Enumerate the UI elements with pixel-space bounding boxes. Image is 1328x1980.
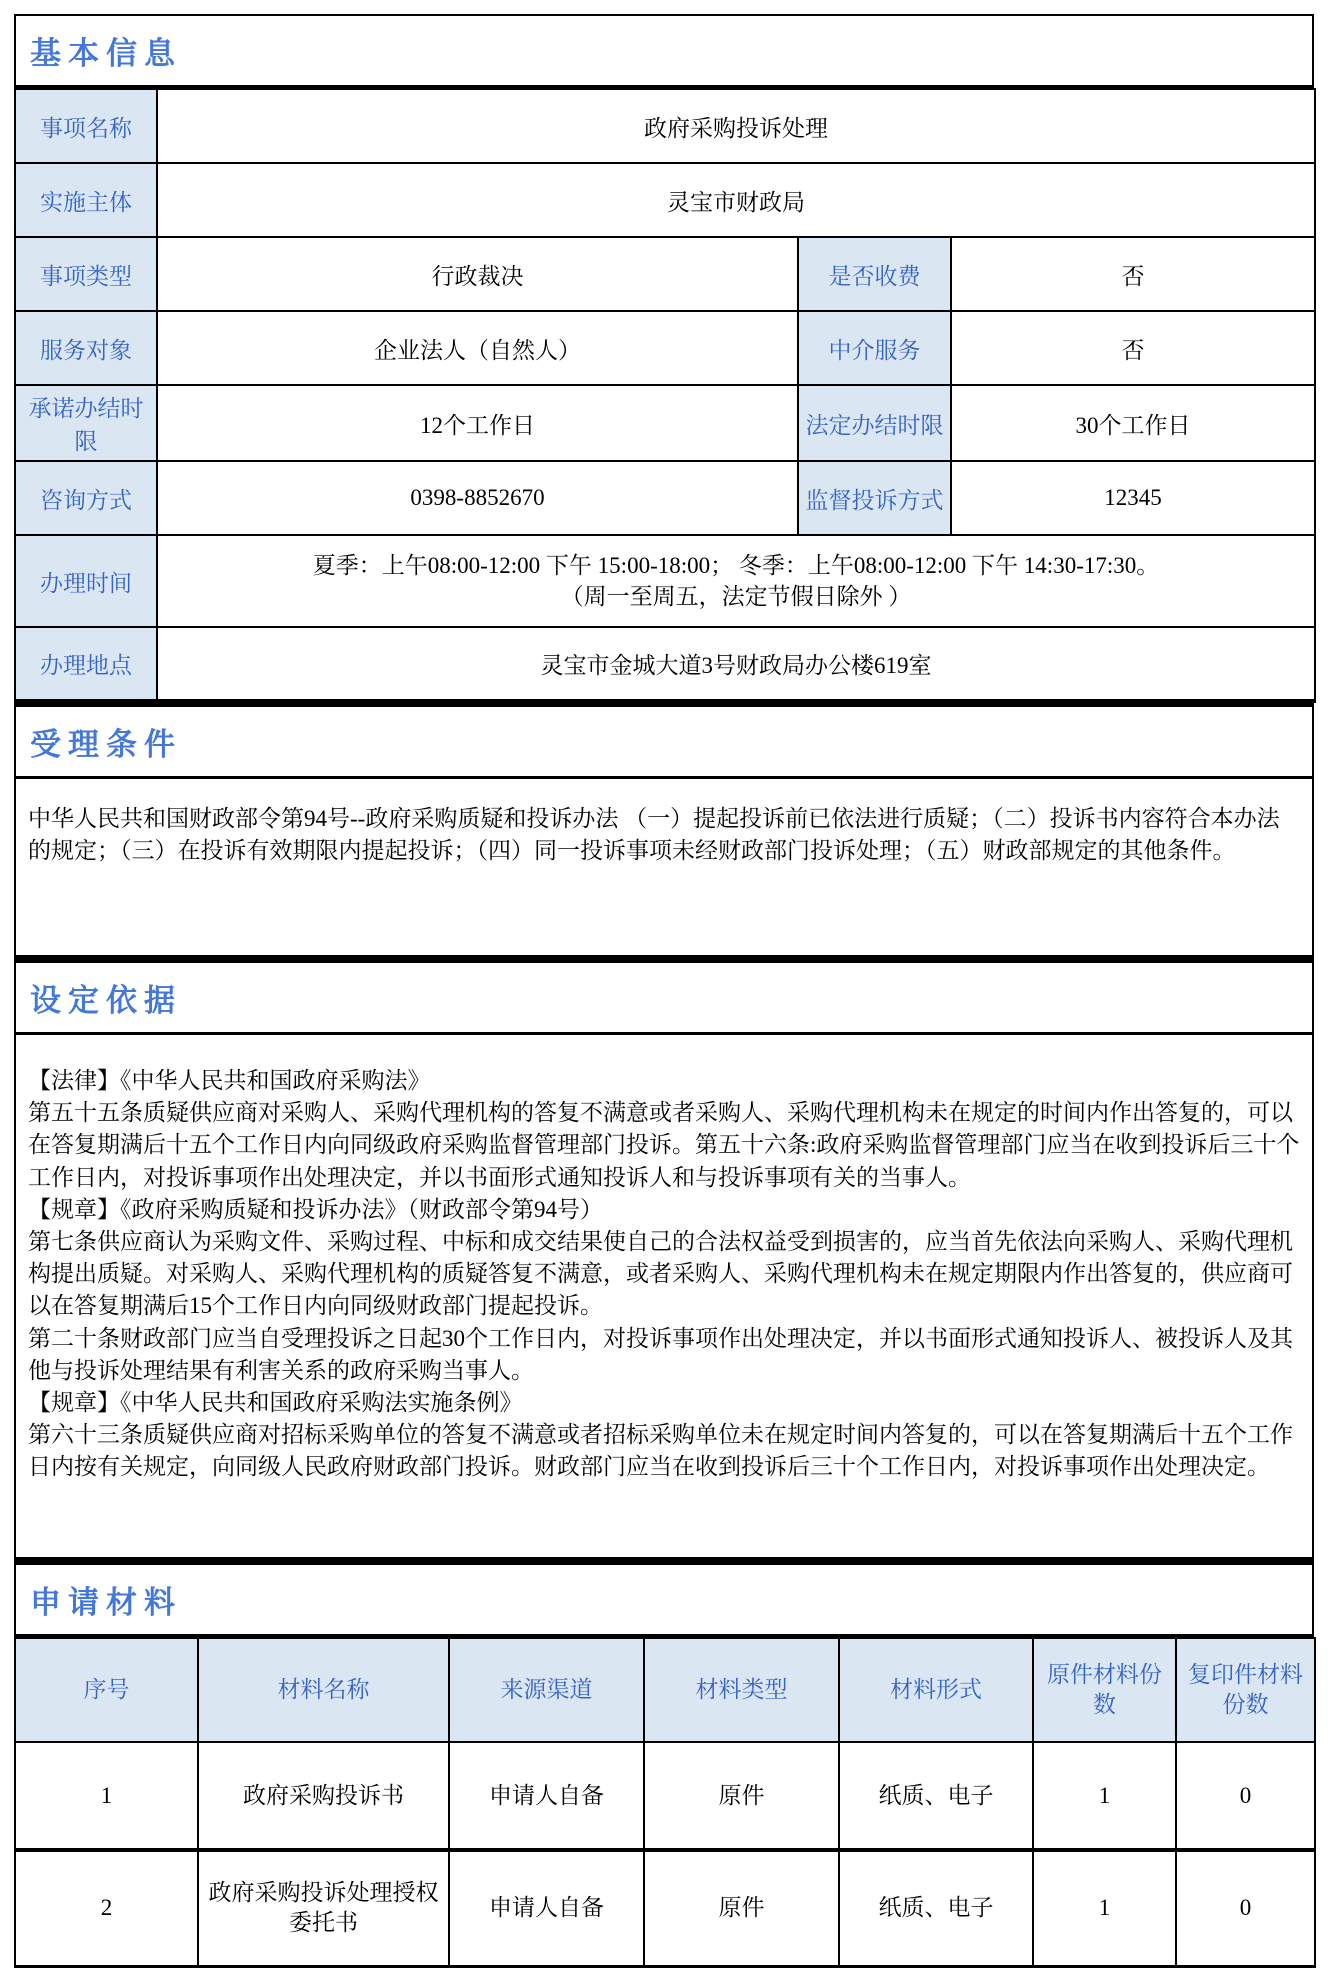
- office-place-label-cell: 办理地点: [15, 627, 157, 701]
- item-name-label-cell: 事项名称: [15, 89, 157, 163]
- header-material-type-cell: 材料类型: [644, 1638, 839, 1742]
- basis-content: 【法律】《中华人民共和国政府采购法》 第五十五条质疑供应商对采购人、采购代理机构…: [14, 1035, 1314, 1561]
- cell-source: 申请人自备: [449, 1742, 644, 1850]
- cell-material-type: 原件: [644, 1850, 839, 1966]
- basis-paragraph: 第二十条财政部门应当自受理投诉之日起30个工作日内，对投诉事项作出处理决定，并以…: [28, 1323, 1300, 1387]
- supervise-value-cell: 12345: [951, 461, 1315, 535]
- cell-photocopy-copies: 0: [1176, 1850, 1315, 1966]
- row-item-name: 事项名称 政府采购投诉处理: [15, 89, 1315, 163]
- cell-material-type: 原件: [644, 1742, 839, 1850]
- basic-info-title-text: 基本信息: [30, 28, 182, 73]
- section-materials-title: 申请材料: [14, 1561, 1314, 1637]
- acceptance-title-text: 受理条件: [30, 719, 182, 764]
- cell-original-copies: 1: [1033, 1742, 1176, 1850]
- service-item-document: 基本信息 事项名称 政府采购投诉处理 实施主体 灵宝市财政局 事项类型 行政裁决…: [14, 14, 1314, 1968]
- agency-service-label-cell: 中介服务: [798, 311, 951, 385]
- acceptance-content: 中华人民共和国财政部令第94号--政府采购质疑和投诉办法 （一）提起投诉前已依法…: [14, 779, 1314, 959]
- section-acceptance-title: 受理条件: [14, 703, 1314, 779]
- basis-paragraph: 【规章】《政府采购质疑和投诉办法》（财政部令第94号）: [28, 1194, 1300, 1226]
- header-material-form-cell: 材料形式: [839, 1638, 1033, 1742]
- promised-limit-value-cell: 12个工作日: [157, 385, 798, 461]
- implementer-value-cell: 灵宝市财政局: [157, 163, 1315, 237]
- cell-material-name: 政府采购投诉处理授权委托书: [198, 1850, 449, 1966]
- acceptance-content-text: 中华人民共和国财政部令第94号--政府采购质疑和投诉办法 （一）提起投诉前已依法…: [28, 803, 1300, 867]
- cell-original-copies: 1: [1033, 1850, 1176, 1966]
- office-time-value-cell: 夏季：上午08:00-12:00 下午 15:00-18:00； 冬季：上午08…: [157, 535, 1315, 627]
- header-source-cell: 来源渠道: [449, 1638, 644, 1742]
- cell-seq: 2: [15, 1850, 198, 1966]
- supervise-label-cell: 监督投诉方式: [798, 461, 951, 535]
- service-target-label-cell: 服务对象: [15, 311, 157, 385]
- cell-seq: 1: [15, 1742, 198, 1850]
- row-contact: 咨询方式 0398-8852670 监督投诉方式 12345: [15, 461, 1315, 535]
- row-office-place: 办理地点 灵宝市金城大道3号财政局办公楼619室: [15, 627, 1315, 701]
- cell-material-form: 纸质、电子: [839, 1742, 1033, 1850]
- basis-paragraph: 第六十三条质疑供应商对招标采购单位的答复不满意或者招标采购单位未在规定时间内答复…: [28, 1419, 1300, 1483]
- row-service-target-agency: 服务对象 企业法人（自然人） 中介服务 否: [15, 311, 1315, 385]
- basis-paragraph: 第五十五条质疑供应商对采购人、采购代理机构的答复不满意或者采购人、采购代理机构未…: [28, 1097, 1300, 1194]
- row-implementer: 实施主体 灵宝市财政局: [15, 163, 1315, 237]
- materials-header-row: 序号 材料名称 来源渠道 材料类型 材料形式 原件材料份数 复印件材料份数: [15, 1638, 1315, 1742]
- agency-service-value-cell: 否: [951, 311, 1315, 385]
- basis-paragraph: 第七条供应商认为采购文件、采购过程、中标和成交结果使自己的合法权益受到损害的，应…: [28, 1226, 1300, 1323]
- consult-value-cell: 0398-8852670: [157, 461, 798, 535]
- header-material-name-cell: 材料名称: [198, 1638, 449, 1742]
- header-original-copies-cell: 原件材料份数: [1033, 1638, 1176, 1742]
- header-photocopy-copies-cell: 复印件材料份数: [1176, 1638, 1315, 1742]
- cell-material-form: 纸质、电子: [839, 1850, 1033, 1966]
- header-seq-cell: 序号: [15, 1638, 198, 1742]
- office-time-line1: 夏季：上午08:00-12:00 下午 15:00-18:00； 冬季：上午08…: [164, 550, 1308, 581]
- item-type-label-cell: 事项类型: [15, 237, 157, 311]
- office-time-label-cell: 办理时间: [15, 535, 157, 627]
- materials-row: 2 政府采购投诉处理授权委托书 申请人自备 原件 纸质、电子 1 0: [15, 1850, 1315, 1966]
- section-basis-title: 设定依据: [14, 959, 1314, 1035]
- item-type-value-cell: 行政裁决: [157, 237, 798, 311]
- legal-limit-value-cell: 30个工作日: [951, 385, 1315, 461]
- legal-limit-label-cell: 法定办结时限: [798, 385, 951, 461]
- consult-label-cell: 咨询方式: [15, 461, 157, 535]
- item-name-value-cell: 政府采购投诉处理: [157, 89, 1315, 163]
- basis-title-text: 设定依据: [30, 975, 182, 1020]
- materials-table: 序号 材料名称 来源渠道 材料类型 材料形式 原件材料份数 复印件材料份数 1 …: [14, 1637, 1316, 1968]
- office-place-value-cell: 灵宝市金城大道3号财政局办公楼619室: [157, 627, 1315, 701]
- office-time-line2: （周一至周五，法定节假日除外 ）: [164, 581, 1308, 612]
- cell-material-name: 政府采购投诉书: [198, 1742, 449, 1850]
- row-item-type-fee: 事项类型 行政裁决 是否收费 否: [15, 237, 1315, 311]
- cell-photocopy-copies: 0: [1176, 1742, 1315, 1850]
- fee-value-cell: 否: [951, 237, 1315, 311]
- materials-row: 1 政府采购投诉书 申请人自备 原件 纸质、电子 1 0: [15, 1742, 1315, 1850]
- implementer-label-cell: 实施主体: [15, 163, 157, 237]
- materials-title-text: 申请材料: [30, 1577, 182, 1622]
- section-basic-info-title: 基本信息: [14, 14, 1314, 88]
- row-time-limits: 承诺办结时限 12个工作日 法定办结时限 30个工作日: [15, 385, 1315, 461]
- fee-label-cell: 是否收费: [798, 237, 951, 311]
- service-target-value-cell: 企业法人（自然人）: [157, 311, 798, 385]
- cell-source: 申请人自备: [449, 1850, 644, 1966]
- basis-paragraph: 【法律】《中华人民共和国政府采购法》: [28, 1065, 1300, 1097]
- promised-limit-label-cell: 承诺办结时限: [15, 385, 157, 461]
- basic-info-table: 事项名称 政府采购投诉处理 实施主体 灵宝市财政局 事项类型 行政裁决 是否收费…: [14, 88, 1316, 703]
- basis-paragraph: 【规章】《中华人民共和国政府采购法实施条例》: [28, 1387, 1300, 1419]
- row-office-time: 办理时间 夏季：上午08:00-12:00 下午 15:00-18:00； 冬季…: [15, 535, 1315, 627]
